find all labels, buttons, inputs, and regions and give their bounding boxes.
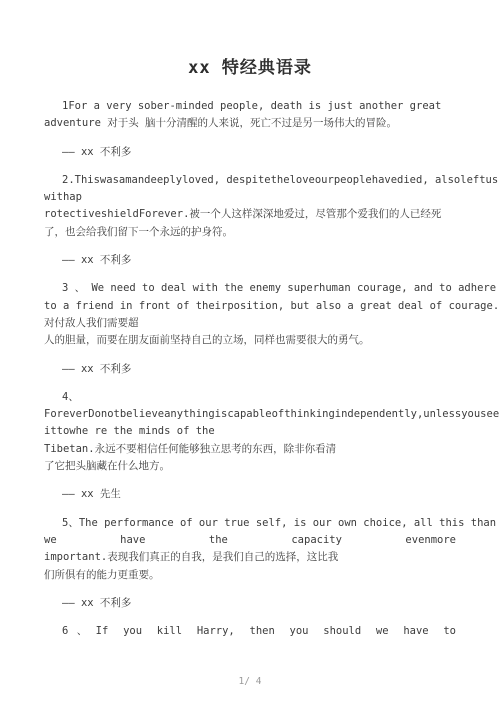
quote-4-line-4: Tibetan.永远不要相信任何能够独立思考的东西，除非你看清 [44,441,456,458]
quote-2-line-2: withap [44,189,456,206]
quote-3-line-1: 3 、 We need to deal with the enemy super… [44,280,456,297]
quote-5: 5、The performance of our true self, is o… [44,515,456,584]
quote-2: 2.Thiswasamandeeplyloved, despitethelove… [44,172,456,241]
quote-3-line-3: 对付敌人我们需要超 [44,315,456,332]
page-number: 1/ 4 [0,676,500,688]
quote-5-attribution: —— xx 不利多 [44,595,456,612]
quote-6-line-1: 6、If you kill Harry, then you should we … [44,623,456,640]
quote-3-attribution: —— xx 不利多 [44,361,456,378]
document-page: xx 特经典语录 1For a very sober-minded people… [0,0,500,708]
quote-1-line-2: adventure 对于头 脑十分清醒的人来说，死亡不过是另一场伟大的冒险。 [44,115,456,132]
quote-2-line-1: 2.Thiswasamandeeplyloved, despitethelove… [44,172,456,189]
quote-4-attribution: —— xx 先生 [44,486,456,503]
quote-5-line-2: we have the capacity evenmore [44,532,456,549]
quote-1-attribution: —— xx 不利多 [44,144,456,161]
quote-4-line-1: 4、 [44,389,456,406]
quote-5-line-3: important.表现我们真正的自我，是我们自己的选择，这比我 [44,549,456,566]
quote-3-line-2: to a friend in front of theirposition, b… [44,298,456,315]
quote-6: 6、If you kill Harry, then you should we … [44,623,456,640]
document-content: 1For a very sober-minded people, death i… [44,98,456,640]
quote-1: 1For a very sober-minded people, death i… [44,98,456,133]
quote-2-line-3: rotectiveshieldForever.被一个人这样深深地爱过，尽管那个爱… [44,206,456,223]
quote-3: 3 、 We need to deal with the enemy super… [44,280,456,349]
quote-5-line-4: 们所俱有的能力更重要。 [44,567,456,584]
quote-4-line-5: 了它把头脑藏在什么地方。 [44,458,456,475]
quote-3-line-4: 人的胆量，而要在朋友面前坚持自己的立场，同样也需要很大的勇气。 [44,332,456,349]
quote-4: 4、ForeverDonotbelieveanythingiscapableof… [44,389,456,475]
quote-2-line-4: 了，也会给我们留下一个永远的护身符。 [44,224,456,241]
quote-4-line-3: ittowhe re the minds of the [44,423,456,440]
page-title: xx 特经典语录 [0,0,500,81]
quote-1-line-1: 1For a very sober-minded people, death i… [44,98,456,115]
quote-2-attribution: —— xx 不利多 [44,252,456,269]
quote-4-line-2: ForeverDonotbelieveanythingiscapableofth… [44,406,456,423]
quote-5-line-1: 5、The performance of our true self, is o… [44,515,456,532]
